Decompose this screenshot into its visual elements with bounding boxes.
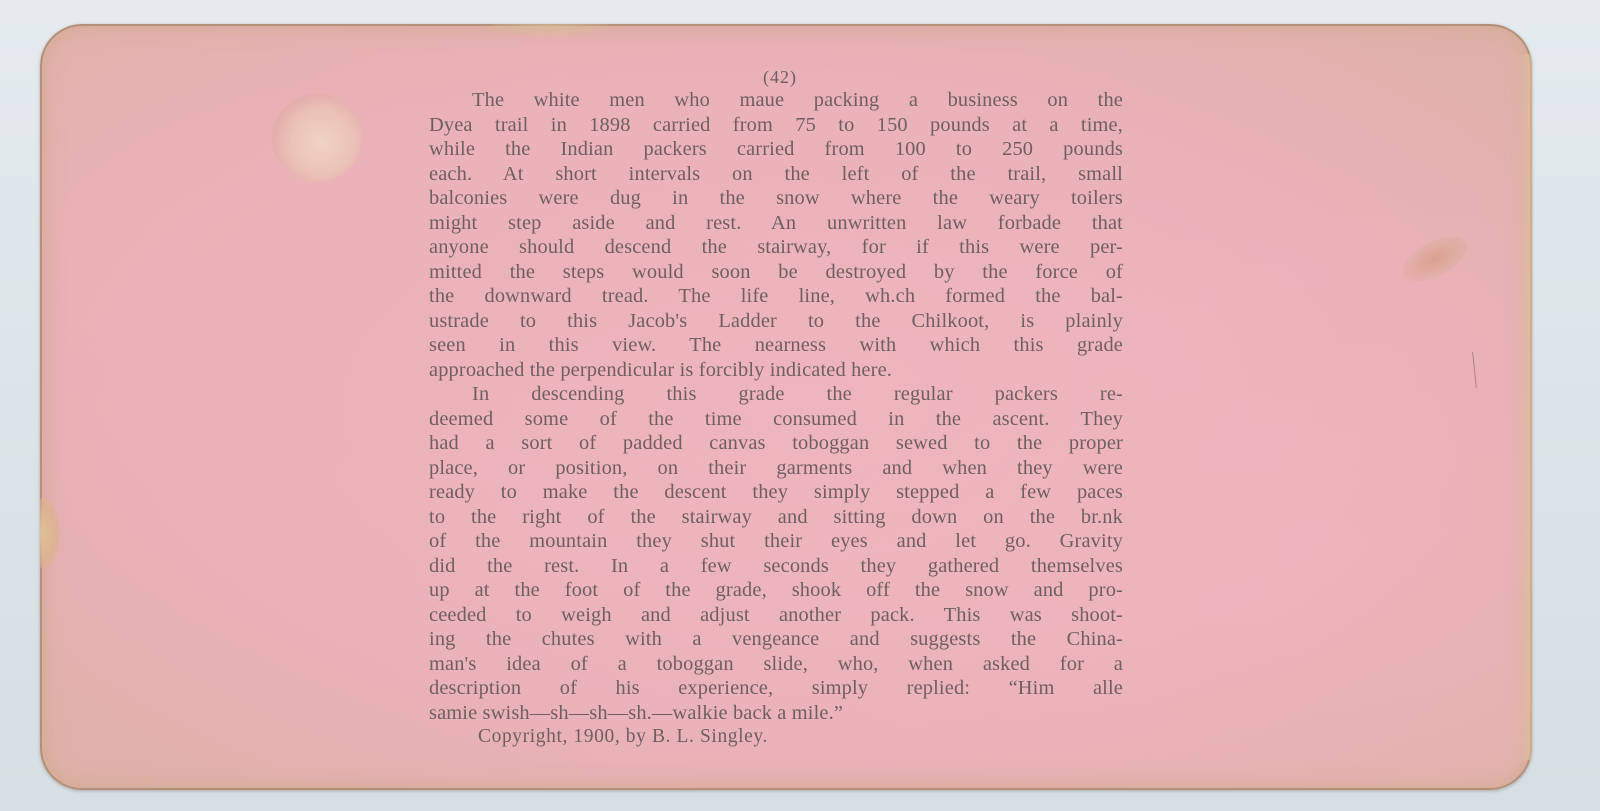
text-line: mitted the steps would soon be destroyed…	[429, 260, 1123, 285]
text-line: the downward tread. The life line, wh.ch…	[429, 284, 1123, 309]
text-line: balconies were dug in the snow where the…	[429, 186, 1123, 211]
page-number: (42)	[429, 64, 1123, 90]
text-line: might step aside and rest. An unwritten …	[429, 211, 1123, 236]
text-line: anyone should descend the stairway, for …	[429, 235, 1123, 260]
paragraph-2: In descending this grade the regular pac…	[429, 382, 1123, 725]
text-line: samie swish—sh—sh—sh.—walkie back a mile…	[429, 701, 1123, 726]
copyright-line: Copyright, 1900, by B. L. Singley.	[429, 725, 1123, 750]
text-line: place, or position, on their garments an…	[429, 456, 1123, 481]
card-edge-wear	[1516, 54, 1532, 760]
text-line: deemed some of the time consumed in the …	[429, 407, 1123, 432]
text-line: Dyea trail in 1898 carried from 75 to 15…	[429, 113, 1123, 138]
stain-water-spot	[272, 94, 362, 182]
text-line: up at the foot of the grade, shook off t…	[429, 578, 1123, 603]
text-line: The white men who maue packing a busines…	[429, 88, 1123, 113]
text-line: ustrade to this Jacob's Ladder to the Ch…	[429, 309, 1123, 334]
text-line: each. At short intervals on the left of …	[429, 162, 1123, 187]
text-line: description of his experience, simply re…	[429, 676, 1123, 701]
paragraph-1: The white men who maue packing a busines…	[429, 88, 1123, 382]
text-line: had a sort of padded canvas toboggan sew…	[429, 431, 1123, 456]
scratch-mark	[1472, 352, 1477, 388]
text-line: ing the chutes with a vengeance and sugg…	[429, 627, 1123, 652]
text-line: ceeded to weigh and adjust another pack.…	[429, 603, 1123, 628]
card-text: (42) The white men who maue packing a bu…	[429, 64, 1123, 750]
text-line: seen in this view. The nearness with whi…	[429, 333, 1123, 358]
text-line: to the right of the stairway and sitting…	[429, 505, 1123, 530]
stain-left-edge	[40, 498, 60, 568]
stain-right-brown	[1396, 228, 1474, 291]
text-line: while the Indian packers carried from 10…	[429, 137, 1123, 162]
text-line: ready to make the descent they simply st…	[429, 480, 1123, 505]
text-line: In descending this grade the regular pac…	[429, 382, 1123, 407]
stereoview-card: (42) The white men who maue packing a bu…	[40, 24, 1532, 790]
text-line: approached the perpendicular is forcibly…	[429, 358, 1123, 383]
text-line: of the mountain they shut their eyes and…	[429, 529, 1123, 554]
text-line: did the rest. In a few seconds they gath…	[429, 554, 1123, 579]
stain-top-edge	[490, 24, 610, 36]
text-line: man's idea of a toboggan slide, who, whe…	[429, 652, 1123, 677]
